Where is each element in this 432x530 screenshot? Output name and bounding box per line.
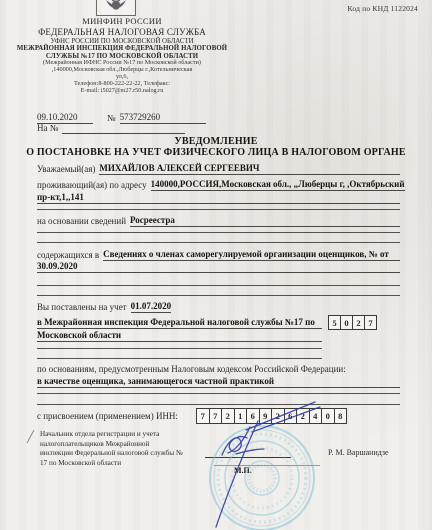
address-row-1: проживающий(ая) по адресу 140000,РОССИЯ,… [37,179,400,191]
checkmark [27,430,34,443]
inn-digit: 2 [221,408,235,424]
reference-blank-field [62,133,185,134]
grounds-value-row: в качестве оценщика, занимающегося частн… [37,376,400,388]
inspection-name: МЕЖРАЙОННАЯ ИНСПЕКЦИЯ ФЕДЕРАЛЬНОЙ НАЛОГО… [12,45,232,60]
contained-row-1: содержащихся в Сведениях о членах саморе… [37,249,400,261]
inn-digit: 1 [234,408,248,424]
document-title-line1: УВЕДОМЛЕНИЕ [0,136,432,147]
official-title-line: 17 по Московской области [40,459,225,469]
official-title: Начальник отдела регистрации и учета нал… [40,430,225,468]
inn-label: с присвоением (применением) ИНН: [37,411,178,422]
document-title-line2: О ПОСТАНОВКЕ НА УЧЕТ ФИЗИЧЕСКОГО ЛИЦА В … [0,147,432,158]
address-label: проживающий(ая) по адресу [37,180,151,191]
blank-line [37,284,400,286]
salutation-label: Уважаемый(ая) [37,164,99,175]
inn-label-row: с присвоением (применением) ИНН: [37,411,197,422]
inn-digit: 2 [271,408,285,424]
issuer-email: E-mail: i5027@m27.r50.nalog.ru [12,88,232,95]
basis-label: на основании сведений [37,216,130,227]
registration-date: 01.07.2020 [131,301,172,313]
code-digit: 7 [364,315,377,330]
inn-digit: 0 [321,408,335,424]
blank-line [37,208,400,210]
tax-authority-code-boxes: 5 0 2 7 [328,315,377,330]
reference-label: На № [37,123,62,134]
blank-line [37,231,400,233]
blank-line [37,357,322,359]
inn-digit: 9 [259,408,273,424]
contained-row-2: 30.09.2020 [37,261,400,273]
address-row-2: пр-кт,1,,141 [37,192,400,204]
reference-row: На № [37,123,185,134]
blank-line [37,347,322,349]
registered-label: Вы поставлены на учет [37,302,131,313]
inn-digit: 7 [196,408,210,424]
official-title-line: Начальник отдела регистрации и учета [40,430,225,440]
inn-digit: 7 [209,408,223,424]
tax-authority-line1: в Межрайонная инспекция Федеральной нало… [37,317,322,329]
official-title-line: инспекции Федеральной налоговой службы № [40,449,225,459]
taxpayer-address-line1: 140000,РОССИЯ,Московская обл., „Люберцы … [151,179,405,191]
grounds-label-row: по основаниям, предусмотренным Налоговым… [37,364,400,375]
inn-boxes: 7 7 2 1 6 9 2 6 2 4 0 8 [196,408,347,424]
official-title-line: налогоплательщиков Межрайонной [40,440,225,450]
inn-digit: 6 [284,408,298,424]
inn-digit: 6 [246,408,260,424]
ministry-name: МИНФИН РОССИИ [12,17,232,27]
blank-line [37,403,400,405]
service-name: ФЕДЕРАЛЬНАЯ НАЛОГОВАЯ СЛУЖБА [12,27,232,37]
contained-label: содержащихся в [37,250,103,261]
salutation-row: Уважаемый(ая) МИХАЙЛОВ АЛЕКСЕЙ СЕРГЕЕВИЧ [37,163,400,175]
notification-document: Код по КНД 1122024 МИНФИН РОССИИ ФЕДЕРАЛ… [0,0,432,530]
blank-line [37,294,400,296]
official-name: Р. М. Варшанидзе [328,448,389,457]
tax-authority-line2: Московской области [37,330,322,342]
issuer-header: МИНФИН РОССИИ ФЕДЕРАЛЬНАЯ НАЛОГОВАЯ СЛУЖ… [12,17,232,95]
inn-digit: 8 [334,408,348,424]
coat-of-arms-icon [105,0,127,15]
grounds-value: в качестве оценщика, занимающегося частн… [37,376,400,388]
grounds-label: по основаниям, предусмотренным Налоговым… [37,364,346,375]
blank-line [37,241,400,243]
signature-line [205,456,291,458]
coat-of-arms-box [96,0,136,16]
taxpayer-address-line2: пр-кт,1,,141 [37,192,400,204]
contained-date: 30.09.2020 [37,261,400,273]
registered-row: Вы поставлены на учет 01.07.2020 [37,301,400,313]
basis-row: на основании сведений Росреестра [37,215,400,227]
taxpayer-name: МИХАЙЛОВ АЛЕКСЕЙ СЕРГЕЕВИЧ [99,163,400,175]
authority-row-2: Московской области [37,330,322,342]
inn-digit: 2 [296,408,310,424]
basis-value: Росреестра [130,215,400,227]
authority-row-1: в Межрайонная инспекция Федеральной нало… [37,317,322,329]
seal-place-line [214,464,320,466]
blank-line [37,392,400,394]
inn-digit: 4 [309,408,323,424]
contained-value: Сведениях о членах саморегулируемой орга… [103,249,400,261]
seal-place-mark: М.П. [234,466,252,475]
knd-code: Код по КНД 1122024 [348,4,418,13]
